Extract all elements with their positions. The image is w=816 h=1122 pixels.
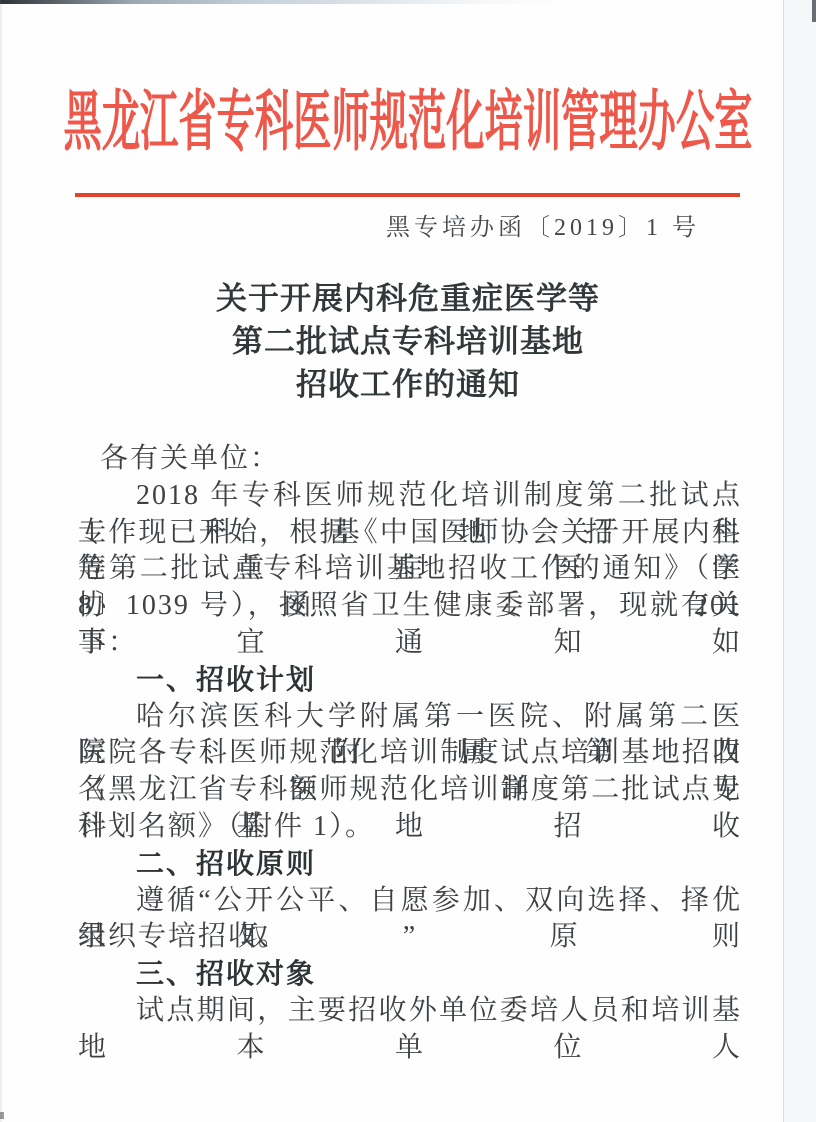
section-heading-3: 三、招收对象 bbox=[78, 956, 742, 993]
paragraph-2-line-1: 哈尔滨医科大学附属第一医院、附属第二医院、附属第四 bbox=[78, 699, 742, 736]
paragraph-1-line-4: 8〕1039 号），按照省卫生健康委部署，现就有关事宜通知如 bbox=[78, 588, 742, 625]
document-body: 各有关单位： 2018 年专科医师规范化培训制度第二批试点专科基地招生 工作现已… bbox=[78, 441, 742, 1030]
letterhead-divider-line bbox=[75, 193, 740, 197]
scan-artifact-right-margin bbox=[784, 0, 816, 1122]
title-line-1: 关于开展内科危重症医学等 bbox=[0, 277, 816, 320]
paragraph-1-line-3: 等第二批试点专科培训基地招收工作的通知》（医协函〔201 bbox=[78, 551, 742, 588]
letterhead-org-name: 黑龙江省专科医师规范化培训管理办公室 bbox=[63, 90, 752, 156]
paragraph-1-line-2: 工作现已开始，根据《中国医师协会关于开展内科危重症医学 bbox=[78, 515, 742, 552]
title-line-2: 第二批试点专科培训基地 bbox=[0, 320, 816, 363]
document-title: 关于开展内科危重症医学等 第二批试点专科培训基地 招收工作的通知 bbox=[0, 277, 816, 406]
paragraph-1-line-1: 2018 年专科医师规范化培训制度第二批试点专科基地招生 bbox=[78, 478, 742, 515]
paragraph-2-line-2: 医院各专科医师规范化培训制度试点培训基地招收名额详见 bbox=[78, 735, 742, 772]
document-number: 黑专培办函〔2019〕1 号 bbox=[386, 213, 700, 243]
paragraph-4-line-1: 试点期间，主要招收外单位委培人员和培训基地本单位人 bbox=[78, 993, 742, 1030]
scan-artifact-top-right-mark bbox=[812, 0, 816, 22]
section-heading-2: 二、招收原则 bbox=[78, 846, 742, 883]
scan-artifact-left-edge bbox=[0, 0, 2, 1122]
title-line-3: 招收工作的通知 bbox=[0, 363, 816, 406]
scan-artifact-top-edge bbox=[0, 0, 816, 4]
scan-artifact-bottom-speck bbox=[0, 1112, 4, 1119]
paragraph-2-line-3: 《黑龙江省专科医师规范化培训制度第二批试点专科基地招收 bbox=[78, 772, 742, 809]
scanned-document-page: 黑龙江省专科医师规范化培训管理办公室 黑专培办函〔2019〕1 号 关于开展内科… bbox=[0, 0, 816, 1122]
salutation-line: 各有关单位： bbox=[78, 441, 742, 478]
scan-artifact-paper-edge-line bbox=[783, 0, 784, 1122]
paragraph-3-line-1: 遵循“公开公平、自愿参加、双向选择、择优录取”原则 bbox=[78, 883, 742, 920]
section-heading-1: 一、招收计划 bbox=[78, 662, 742, 699]
